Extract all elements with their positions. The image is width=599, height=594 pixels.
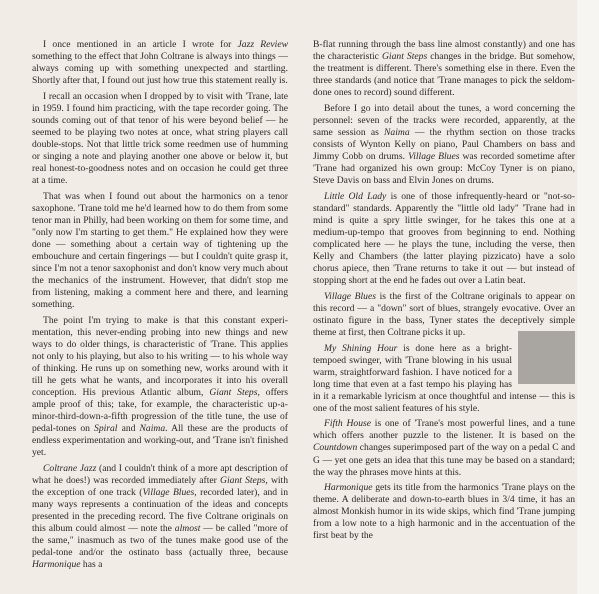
italic-title: Jazz Review bbox=[238, 39, 288, 50]
italic-title: Harmonique bbox=[324, 482, 373, 493]
italic-title: Giant Steps bbox=[382, 51, 427, 62]
italic-title: Harmonique bbox=[32, 559, 81, 570]
italic-title: almost bbox=[175, 523, 201, 534]
paragraph-p12: Harmonique gets its title from the harmo… bbox=[313, 482, 575, 542]
text-run: I once mentioned in an article I wrote f… bbox=[43, 39, 238, 50]
paragraph-p3: That was when I found out about the harm… bbox=[32, 191, 288, 311]
left-column: I once mentioned in an article I wrote f… bbox=[32, 39, 288, 575]
paragraph-p11: Fifth House is one of 'Trane's most powe… bbox=[313, 418, 575, 478]
page-edge bbox=[577, 0, 599, 594]
right-column: B-flat running through the bass line alm… bbox=[313, 39, 575, 546]
italic-title: My Shining Hour bbox=[324, 343, 397, 354]
italic-title: Village Blues bbox=[408, 151, 459, 162]
italic-title: Fifth House bbox=[324, 418, 371, 429]
text-run: has a bbox=[81, 559, 103, 570]
text-run: and bbox=[117, 423, 139, 434]
italic-title: Countdown bbox=[313, 442, 357, 453]
paragraph-p7: Before I go into detail about the tunes,… bbox=[313, 103, 575, 187]
text-run: is one of those infrequently-heard or "n… bbox=[313, 191, 575, 286]
paragraph-p6: B-flat running through the bass line alm… bbox=[313, 39, 575, 99]
paragraph-p2: I recall an occasion when I dropped by t… bbox=[32, 91, 288, 187]
paragraph-p10: My Shining Hour is done here as a bright… bbox=[313, 343, 575, 415]
paragraph-p4: The point I'm trying to make is that thi… bbox=[32, 315, 288, 460]
paragraph-p8: Little Old Lady is one of those infreque… bbox=[313, 191, 575, 287]
italic-title: Little Old Lady bbox=[324, 191, 386, 202]
text-run: I recall an occasion when I dropped by t… bbox=[32, 91, 288, 186]
paragraph-p1: I once mentioned in an article I wrote f… bbox=[32, 39, 288, 87]
italic-title: Naima bbox=[140, 423, 166, 434]
italic-title: Village Blues bbox=[324, 291, 376, 302]
italic-title: Giant Steps bbox=[220, 475, 265, 486]
italic-title: Naima bbox=[384, 127, 410, 138]
italic-title: Village Blues bbox=[143, 487, 195, 498]
gray-image-placeholder bbox=[518, 331, 575, 384]
italic-title: Coltrane Jazz bbox=[43, 463, 96, 474]
text-run: something to the effect that John Coltra… bbox=[32, 51, 288, 86]
italic-title: Giant Steps bbox=[209, 387, 257, 398]
italic-title: Spiral bbox=[94, 423, 117, 434]
text-run: That was when I found out about the harm… bbox=[32, 191, 288, 310]
text-run: The point I'm trying to make is that thi… bbox=[32, 315, 288, 398]
paragraph-p5: Coltrane Jazz (and I couldn't think of a… bbox=[32, 463, 288, 571]
